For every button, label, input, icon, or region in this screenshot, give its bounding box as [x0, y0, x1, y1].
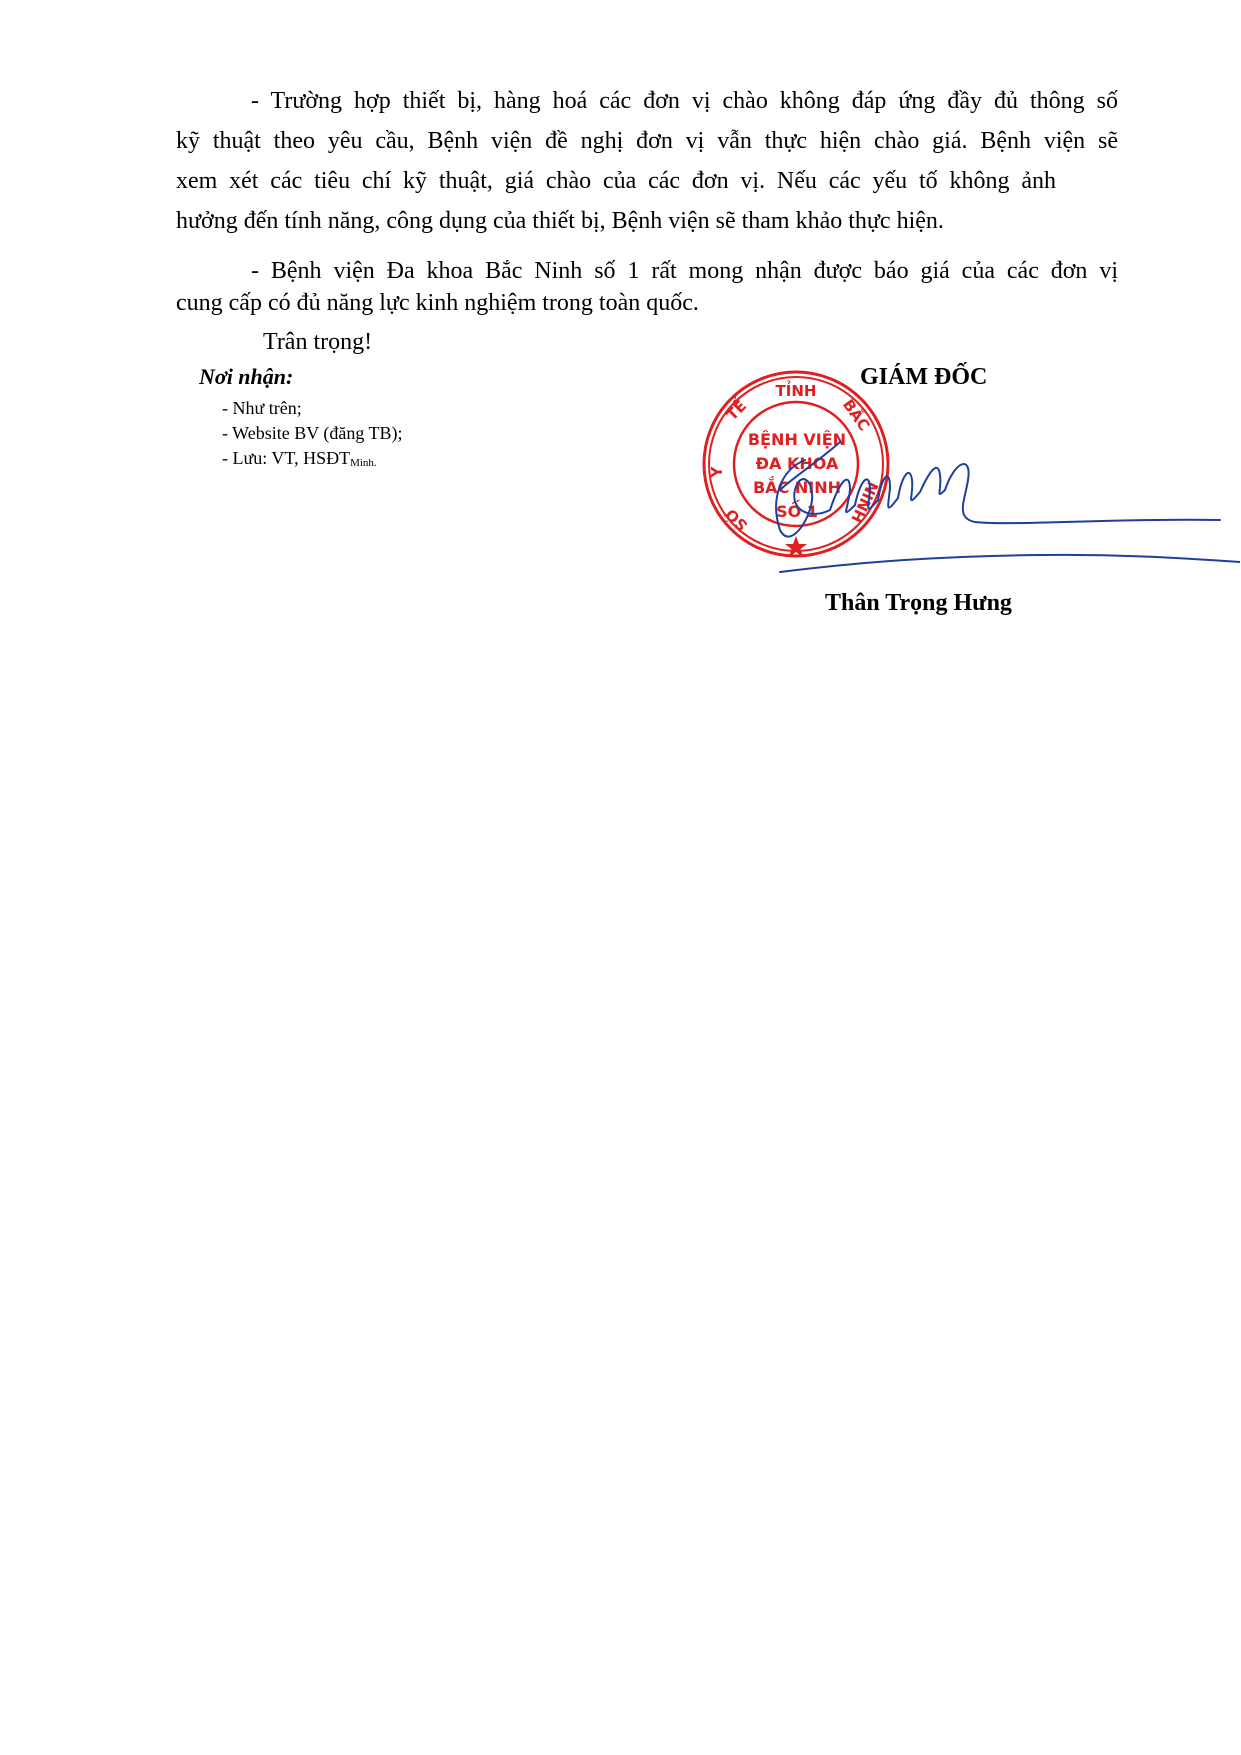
- document-page: - Trường hợp thiết bị, hàng hoá các đơn …: [0, 0, 1241, 1755]
- closing-text: Trân trọng!: [263, 327, 372, 357]
- stamp-ring-text: TỈNH: [776, 379, 817, 400]
- recipient-item: - Như trên;: [222, 396, 403, 421]
- signer-name: Thân Trọng Hưng: [825, 588, 1012, 618]
- paragraph-1-line-3: xem xét các tiêu chí kỹ thuật, giá chào …: [176, 166, 1056, 196]
- paragraph-2-line-2: cung cấp có đủ năng lực kinh nghiệm tron…: [176, 288, 699, 318]
- paragraph-1-line-2: kỹ thuật theo yêu cầu, Bệnh viện đề nghị…: [176, 126, 1118, 156]
- recipient-item-subscript: Minh.: [350, 457, 377, 469]
- recipient-item: - Website BV (đăng TB);: [222, 421, 403, 446]
- paragraph-1-line-4: hưởng đến tính năng, công dụng của thiết…: [176, 206, 944, 236]
- recipient-item-text: - Lưu: VT, HSĐT: [222, 448, 350, 468]
- handwritten-signature-icon: [740, 440, 1240, 580]
- paragraph-2-line-1: - Bệnh viện Đa khoa Bắc Ninh số 1 rất mo…: [176, 256, 1118, 286]
- recipients-title: Nơi nhận:: [199, 363, 293, 391]
- stamp-ring-text: TẾ: [721, 394, 751, 424]
- recipient-item-text: - Website BV (đăng TB);: [222, 423, 403, 443]
- paragraph-1-line-1: - Trường hợp thiết bị, hàng hoá các đơn …: [176, 86, 1118, 116]
- recipients-list: - Như trên; - Website BV (đăng TB); - Lư…: [222, 396, 403, 476]
- stamp-ring-text: Y: [708, 465, 726, 478]
- recipient-item: - Lưu: VT, HSĐTMinh.: [222, 446, 403, 476]
- recipient-item-text: - Như trên;: [222, 398, 302, 418]
